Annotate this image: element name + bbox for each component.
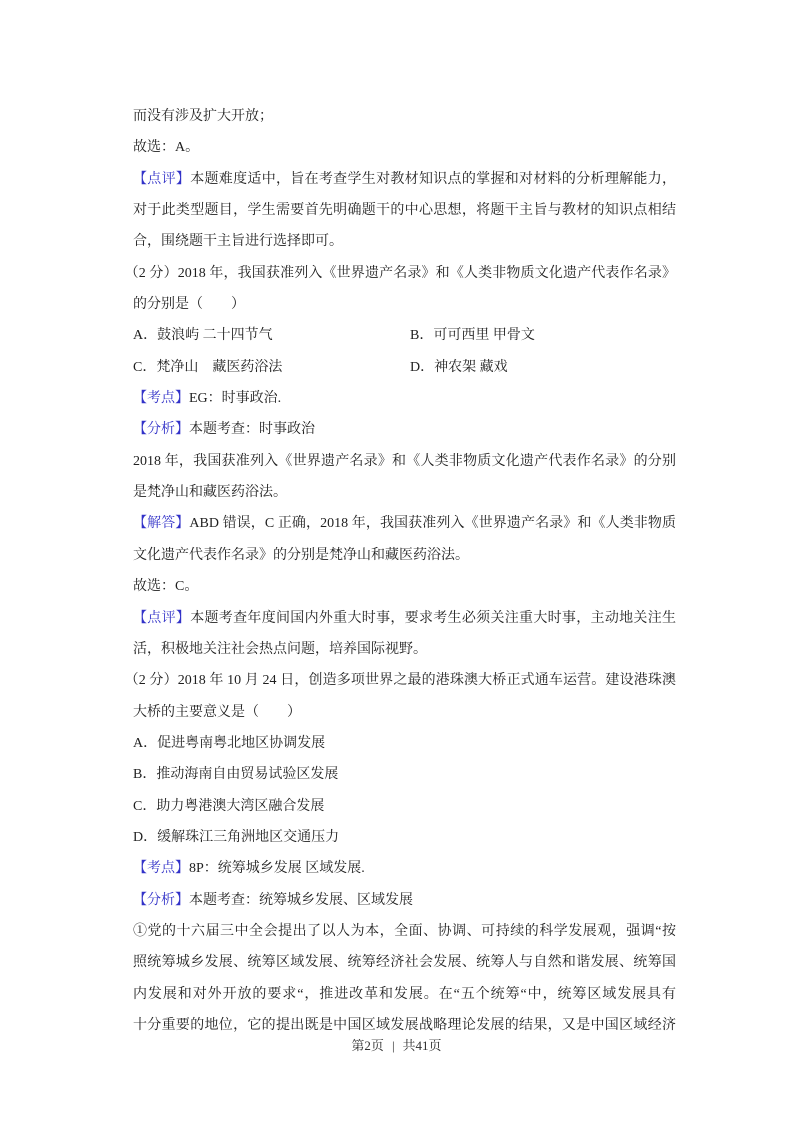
marker-line: 【分析】本题考查：时事政治: [133, 414, 676, 445]
marker-line: 【点评】本题难度适中，旨在考查学生对教材知识点的掌握和对材料的分析理解能力，: [133, 164, 676, 195]
text-line: 的分别是（ ）: [133, 289, 676, 320]
text-line: 文化遗产代表作名录》的分别是梵净山和藏医药浴法。: [133, 540, 676, 571]
document-page: 而没有涉及扩大开放；故选：A。【点评】本题难度适中，旨在考查学生对教材知识点的掌…: [0, 0, 793, 1122]
text-line: 大桥的主要意义是（ ）: [133, 697, 676, 728]
option-right: B．可可西里 甲骨文: [410, 320, 535, 351]
section-marker: 【分析】: [133, 422, 189, 437]
question-line: 3.（2 分）2018 年 10 月 24 日，创造多项世界之最的港珠澳大桥正式…: [133, 665, 676, 696]
text-line: 故选：A。: [133, 132, 676, 163]
marker-line: 【考点】8P：统筹城乡发展 区域发展.: [133, 853, 676, 884]
footer-page-number: 第2页: [351, 1038, 384, 1053]
section-marker: 【点评】: [133, 611, 190, 626]
text-line: 照统筹城乡发展、统筹区域发展、统筹经济社会发展、统筹人与自然和谐发展、统筹国: [133, 947, 676, 978]
text-line: D．缓解珠江三角洲地区交通压力: [133, 822, 676, 853]
option-row: C．梵净山 藏医药浴法D．神农架 藏戏: [133, 352, 676, 383]
text-line: 2018 年，我国获准列入《世界遗产名录》和《人类非物质文化遗产代表作名录》的分…: [133, 446, 676, 477]
section-marker: 【解答】: [133, 516, 189, 531]
marker-line: 【分析】本题考查：统筹城乡发展、区域发展: [133, 885, 676, 916]
text-line: C．助力粤港澳大湾区融合发展: [133, 791, 676, 822]
text-line: ①党的十六届三中全会提出了以人为本，全面、协调、可持续的科学发展观，强调“按: [133, 916, 676, 947]
text-line: 合，围绕题干主旨进行选择即可。: [133, 226, 676, 257]
option-row: A．鼓浪屿 二十四节气B．可可西里 甲骨文: [133, 320, 676, 351]
question-line: 2.（2 分）2018 年，我国获准列入《世界遗产名录》和《人类非物质文化遗产代…: [133, 258, 676, 289]
text-line: B．推动海南自由贸易试验区发展: [133, 759, 676, 790]
option-right: D．神农架 藏戏: [410, 352, 508, 383]
section-marker: 【点评】: [133, 172, 190, 187]
option-left: A．鼓浪屿 二十四节气: [133, 328, 273, 343]
section-marker: 【分析】: [133, 893, 189, 908]
footer-separator: |: [392, 1038, 395, 1053]
text-line: 而没有涉及扩大开放；: [133, 101, 676, 132]
text-line: 对于此类型题目，学生需要首先明确题干的中心思想，将题干主旨与教材的知识点相结: [133, 195, 676, 226]
text-line: 故选：C。: [133, 571, 676, 602]
footer-total-pages: 共41页: [403, 1038, 442, 1053]
text-line: 内发展和对外开放的要求“，推进改革和发展。在“五个统筹“中，统筹区域发展具有: [133, 979, 676, 1010]
section-marker: 【考点】: [133, 861, 189, 876]
document-body: 而没有涉及扩大开放；故选：A。【点评】本题难度适中，旨在考查学生对教材知识点的掌…: [133, 101, 676, 1041]
text-line: 是梵净山和藏医药浴法。: [133, 477, 676, 508]
text-line: 活，积极地关注社会热点问题，培养国际视野。: [133, 634, 676, 665]
marker-line: 【解答】ABD 错误，C 正确，2018 年，我国获准列入《世界遗产名录》和《人…: [133, 508, 676, 539]
marker-line: 【点评】本题考查年度间国内外重大时事，要求考生必须关注重大时事，主动地关注生: [133, 603, 676, 634]
marker-line: 【考点】EG：时事政治.: [133, 383, 676, 414]
option-left: C．梵净山 藏医药浴法: [133, 360, 282, 375]
section-marker: 【考点】: [133, 391, 189, 406]
page-footer: 第2页|共41页: [0, 1036, 793, 1056]
text-line: A．促进粤南粤北地区协调发展: [133, 728, 676, 759]
